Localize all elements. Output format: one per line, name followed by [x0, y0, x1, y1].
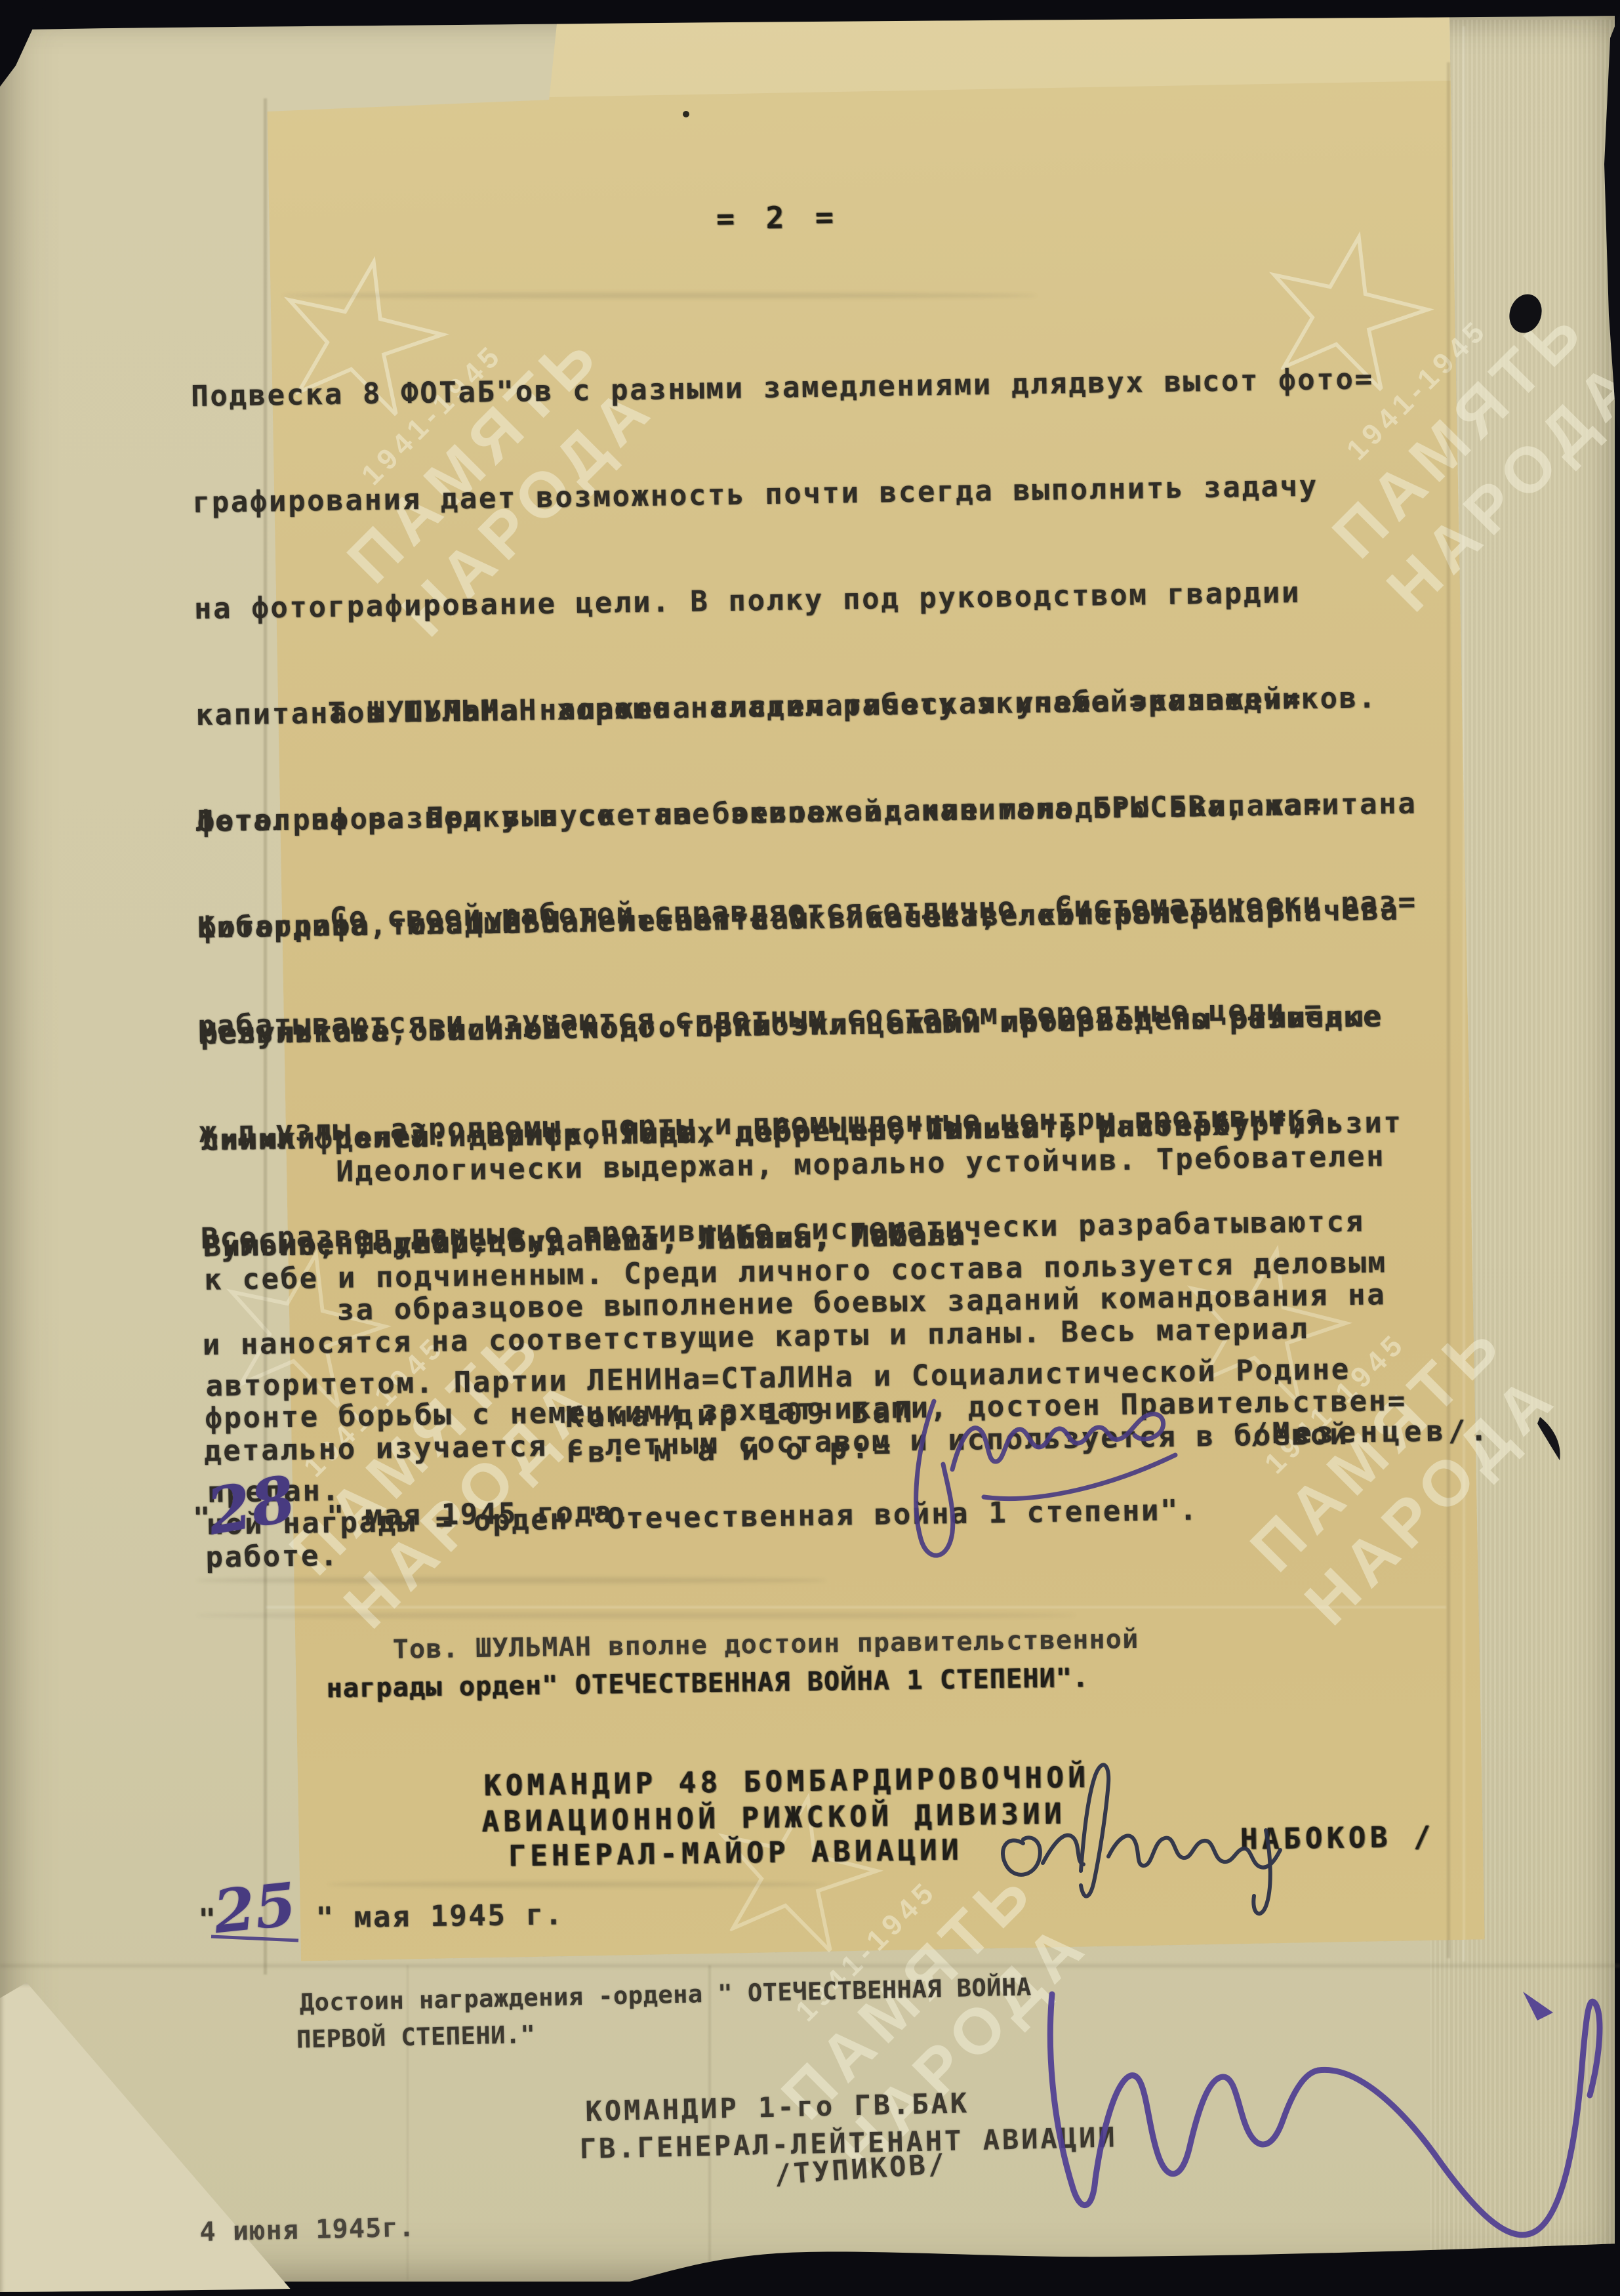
- ink-speck: [683, 111, 689, 117]
- tupikov-signature: [1050, 1992, 1600, 2235]
- mezentsev-signature: [916, 1401, 1175, 1555]
- scan-edge-right: [1604, 13, 1620, 433]
- nabokov-signature: [1003, 1765, 1280, 1914]
- scan-edge-top: [0, 0, 1620, 30]
- ink-mark-icon: [1537, 1417, 1560, 1460]
- day-25-underline: [211, 1937, 298, 1940]
- scan-edge-bottom: [0, 2244, 1620, 2296]
- ink-and-scan-overlay: [0, 0, 1620, 2296]
- punch-hole: [1505, 290, 1547, 337]
- scan-edge-corner: [0, 0, 46, 87]
- scanned-award-document-page: 1941-1945 ПАМЯТЬ НАРОДА 1941-1945 ПАМЯТЬ…: [0, 0, 1620, 2296]
